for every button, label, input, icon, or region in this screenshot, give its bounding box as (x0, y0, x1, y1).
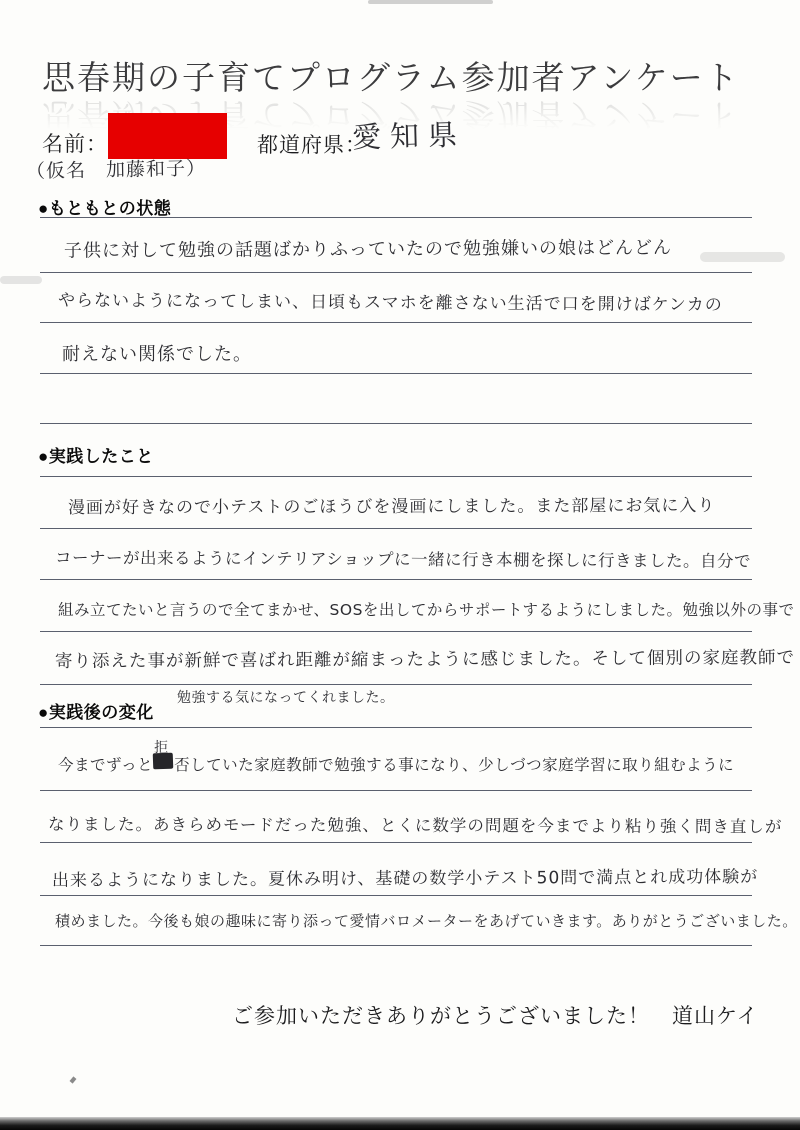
answer-line: 出来るようになりました。夏休み明け、基礎の数学小テスト50問で満点とれ成功体験が (52, 862, 758, 891)
scan-smudge (368, 0, 493, 4)
ruled-line (40, 217, 752, 218)
ruled-line (40, 842, 752, 843)
answer-line: なりました。あきらめモードだった勉強、とくに数学の問題を今までより粘り強く問き直… (48, 811, 782, 838)
answer-line: 寄り添えた事が新鮮で喜ばれ距離が縮まったように感じました。そして個別の家庭教師で (55, 644, 795, 673)
prefecture-handwriting: 愛知県 (351, 113, 466, 157)
answer-line: 漫画が好きなので小テストのごほうびを漫画にしました。また部屋にお気に入り (68, 491, 715, 518)
answer-text-post: 否していた家庭教師で勉強する事になり、少しづつ家庭学習に取り組むように (174, 756, 734, 774)
answer-line: 積めました。今後も娘の趣味に寄り添って愛情バロメーターをあげていきます。ありがと… (55, 910, 798, 931)
answer-line-overflow: 勉強する気になってくれました。 (177, 687, 395, 707)
prefecture-label: 都道府県： (257, 129, 367, 159)
ruled-line (40, 631, 752, 632)
footer-thanks: ご参加いただきありがとうございました！ 道山ケイ (232, 1000, 759, 1030)
section-heading-practiced: ●実践したこと (38, 442, 154, 467)
scanned-survey-page: 思春期の子育てプログラム参加者アンケート 思春期の子育てプログラム参加者アンケー… (0, 0, 800, 1130)
ruled-line (40, 684, 752, 685)
name-label: 名前： (42, 128, 108, 158)
answer-line: やらないようになってしまい、日頃もスマホを離さない生活で口を開けばケンカの (58, 286, 723, 316)
scan-smudge (0, 276, 42, 284)
ruled-line (40, 790, 752, 791)
scan-bottom-edge (0, 1117, 800, 1130)
answer-line: 耐えない関係でした。 (62, 340, 252, 366)
answer-line: 子供に対して勉強の話題ばかりふっていたので勉強嫌いの娘はどんどん (64, 233, 672, 262)
ruled-line (40, 423, 752, 424)
ruled-line (40, 945, 752, 946)
scan-speck (70, 1076, 77, 1083)
answer-line-with-correction: 今までずっと拒否していた家庭教師で勉強する事になり、少しづつ家庭学習に取り組むよ… (58, 753, 734, 775)
answer-line: コーナーが出来るようにインテリアショップに一緒に行き本棚を探しに行きました。自分… (55, 544, 751, 572)
page-title: 思春期の子育てプログラム参加者アンケート (42, 52, 740, 99)
answer-text-pre: 今までずっと (58, 756, 153, 774)
ruled-line (40, 476, 752, 477)
name-redaction-box (108, 113, 227, 159)
ink-blot (153, 753, 174, 770)
pseudonym-handwriting: （仮名 加藤和子） (26, 153, 206, 183)
corrected-character: 拒 (153, 753, 174, 770)
answer-line: 組み立てたいと言うので全てまかせ、SOSを出してからサポートするようにしました。… (58, 598, 794, 620)
ruled-line (40, 528, 752, 529)
ruled-line (40, 727, 752, 728)
section-heading-after-change: ●実践後の変化 (38, 698, 154, 723)
ruled-line (40, 373, 752, 374)
scan-smudge (700, 252, 785, 262)
ruled-line (40, 322, 752, 323)
ruled-line (40, 272, 752, 273)
ruled-line (40, 579, 752, 580)
section-heading-original-state: ●もともとの状態 (38, 194, 171, 219)
ruled-line (40, 895, 752, 896)
